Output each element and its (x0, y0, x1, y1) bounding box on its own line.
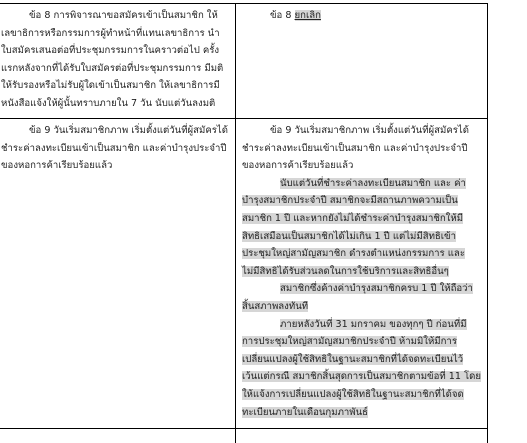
amended-clause-9-added-paragraph-1: นับแต่วันที่ชำระค่าลงทะเบียนสมาชิก และ ค… (242, 178, 466, 277)
original-clause-8-text: ข้อ 8 การพิจารณาขอสมัครเข้าเป็นสมาชิก ให… (1, 7, 229, 113)
original-clause-9-cell: ข้อ 9 วันเริ่มสมาชิกภาพ เริ่มตั้งแต่วันท… (0, 119, 236, 429)
amended-clause-9-added-paragraph-3: ภายหลังวันที่ 31 มกราคม ของทุกๆ ปี ก่อนท… (242, 319, 481, 418)
amended-next-cell (236, 429, 488, 443)
amended-clause-9-cell: ข้อ 9 วันเริ่มสมาชิกภาพ เริ่มตั้งแต่วันท… (236, 119, 488, 429)
amended-clause-9-intro: ข้อ 9 วันเริ่มสมาชิกภาพ เริ่มตั้งแต่วันท… (242, 122, 481, 175)
table-row-clause-9: ข้อ 9 วันเริ่มสมาชิกภาพ เริ่มตั้งแต่วันท… (0, 119, 488, 429)
amended-clause-8-repeal: ยกเลิก (295, 10, 321, 21)
original-next-cell (0, 429, 236, 443)
table-row-clause-8: ข้อ 8 การพิจารณาขอสมัครเข้าเป็นสมาชิก ให… (0, 4, 488, 119)
original-clause-8-cell: ข้อ 8 การพิจารณาขอสมัครเข้าเป็นสมาชิก ให… (0, 4, 236, 119)
amended-clause-8-cell: ข้อ 8 ยกเลิก (236, 4, 488, 119)
original-clause-9-text: ข้อ 9 วันเริ่มสมาชิกภาพ เริ่มตั้งแต่วันท… (1, 122, 229, 175)
amended-clause-8-label: ข้อ 8 (270, 10, 291, 21)
amendment-comparison-table: ข้อ 8 การพิจารณาขอสมัครเข้าเป็นสมาชิก ให… (0, 3, 488, 443)
amended-clause-9-added-paragraph-2: สมาชิกซึ่งค้างค่าบำรุงสมาชิกครบ 1 ปี ให้… (242, 283, 473, 312)
table-row-next-clause (0, 429, 488, 443)
